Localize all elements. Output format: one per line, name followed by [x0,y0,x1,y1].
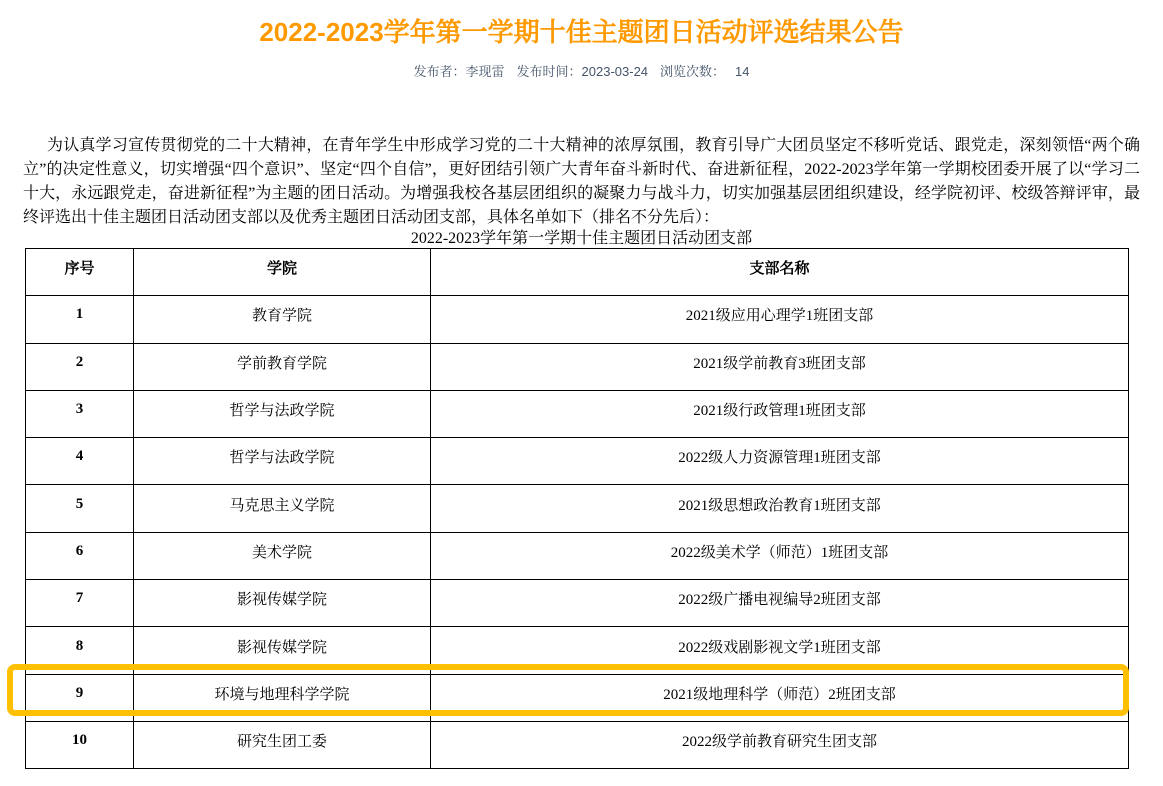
row-number-cell: 2 [26,343,134,390]
table-row: 7影视传媒学院2022级广播电视编导2班团支部 [26,580,1129,627]
publish-time-value: 2023-03-24 [582,64,649,79]
table-row: 1教育学院2021级应用心理学1班团支部 [26,296,1129,343]
header-branch-name: 支部名称 [431,249,1129,296]
college-cell: 美术学院 [134,532,431,579]
branch-name-cell: 2022级广播电视编导2班团支部 [431,580,1129,627]
announcement-page: 2022-2023学年第一学期十佳主题团日活动评选结果公告 发布者：李现雷发布时… [0,0,1163,786]
publisher-value: 李现雷 [466,64,505,79]
branch-name-cell: 2021级地理科学（师范）2班团支部 [431,674,1129,721]
row-number-cell: 9 [26,674,134,721]
branch-name-cell: 2021级思想政治教育1班团支部 [431,485,1129,532]
college-cell: 马克思主义学院 [134,485,431,532]
page-title: 2022-2023学年第一学期十佳主题团日活动评选结果公告 [0,14,1163,50]
table-caption: 2022-2023学年第一学期十佳主题团日活动团支部 [0,229,1163,248]
publisher-label: 发布者： [413,64,465,79]
college-cell: 教育学院 [134,296,431,343]
branch-name-cell: 2021级学前教育3班团支部 [431,343,1129,390]
table-header-row: 序号 学院 支部名称 [26,249,1129,296]
header-index: 序号 [26,249,134,296]
table-row: 4哲学与法政学院2022级人力资源管理1班团支部 [26,438,1129,485]
branch-name-cell: 2021级应用心理学1班团支部 [431,296,1129,343]
row-number-cell: 7 [26,580,134,627]
table-row: 6美术学院2022级美术学（师范）1班团支部 [26,532,1129,579]
row-number-cell: 1 [26,296,134,343]
body-paragraph: 为认真学习宣传贯彻党的二十大精神，在青年学生中形成学习党的二十大精神的浓厚氛围，… [23,134,1140,230]
publish-time-label: 发布时间： [517,64,582,79]
row-number-cell: 3 [26,390,134,437]
college-cell: 环境与地理科学学院 [134,674,431,721]
branch-name-cell: 2022级人力资源管理1班团支部 [431,438,1129,485]
college-cell: 学前教育学院 [134,343,431,390]
branch-name-cell: 2022级戏剧影视文学1班团支部 [431,627,1129,674]
row-number-cell: 10 [26,721,134,768]
publisher-group: 发布者：李现雷 [413,64,504,79]
table-row: 3哲学与法政学院2021级行政管理1班团支部 [26,390,1129,437]
row-number-cell: 8 [26,627,134,674]
views-value: 14 [735,64,749,79]
table-row: 8影视传媒学院2022级戏剧影视文学1班团支部 [26,627,1129,674]
college-cell: 研究生团工委 [134,721,431,768]
branch-name-cell: 2022级美术学（师范）1班团支部 [431,532,1129,579]
table-row: 10研究生团工委2022级学前教育研究生团支部 [26,721,1129,768]
results-table: 序号 学院 支部名称 1教育学院2021级应用心理学1班团支部2学前教育学院20… [25,248,1129,769]
college-cell: 影视传媒学院 [134,580,431,627]
row-number-cell: 5 [26,485,134,532]
table-row: 2学前教育学院2021级学前教育3班团支部 [26,343,1129,390]
table-row: 5马克思主义学院2021级思想政治教育1班团支部 [26,485,1129,532]
views-label: 浏览次数： [660,64,725,79]
publish-time-group: 发布时间：2023-03-24 [517,64,649,79]
views-group: 浏览次数：14 [660,64,749,79]
row-number-cell: 4 [26,438,134,485]
college-cell: 哲学与法政学院 [134,438,431,485]
branch-name-cell: 2022级学前教育研究生团支部 [431,721,1129,768]
branch-name-cell: 2021级行政管理1班团支部 [431,390,1129,437]
college-cell: 影视传媒学院 [134,627,431,674]
table-row: 9环境与地理科学学院2021级地理科学（师范）2班团支部 [26,674,1129,721]
college-cell: 哲学与法政学院 [134,390,431,437]
meta-line: 发布者：李现雷发布时间：2023-03-24浏览次数：14 [0,63,1163,81]
row-number-cell: 6 [26,532,134,579]
header-college: 学院 [134,249,431,296]
